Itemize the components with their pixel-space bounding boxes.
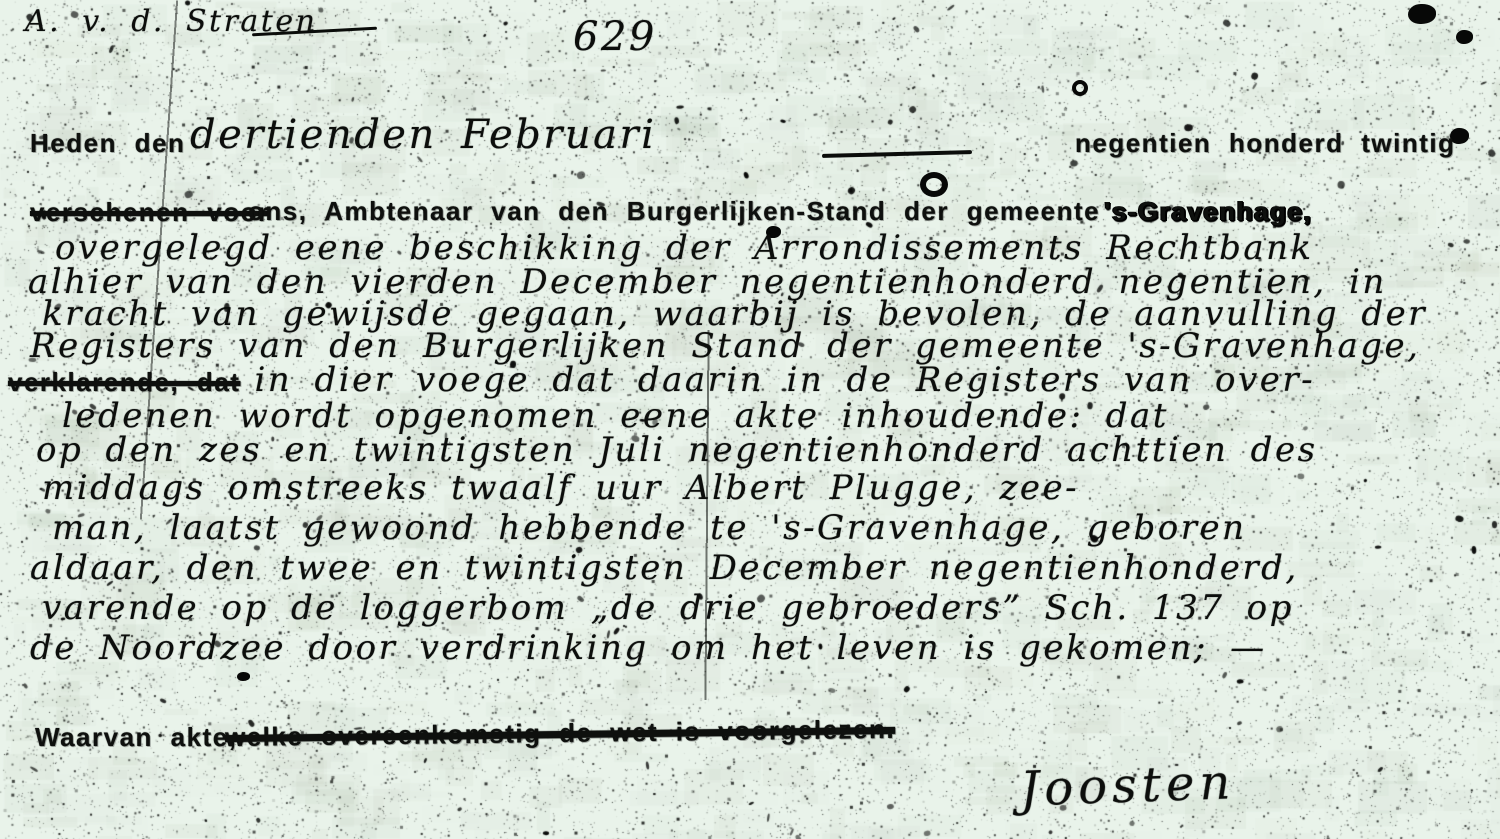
ink-ring-blot bbox=[920, 172, 948, 197]
body-line: de Noordzee door verdrinking om het leve… bbox=[30, 628, 1267, 668]
ink-blot bbox=[1408, 4, 1436, 24]
body-line: in dier voege dat daarin in de Registers… bbox=[254, 360, 1315, 400]
body-line: middags omstreeks twaalf uur Albert Plug… bbox=[42, 468, 1079, 508]
body-line: varende op de loggerbom „de drie gebroed… bbox=[42, 588, 1294, 628]
comparution-printed: ons, Ambtenaar van den Burgerlijken-Stan… bbox=[248, 196, 1100, 226]
ink-blot bbox=[237, 672, 250, 681]
body-line: man, laatst gewoond hebbende te 's-Grave… bbox=[52, 508, 1247, 548]
closing-printed: Waarvan akte, bbox=[35, 722, 237, 753]
margin-annotation: A. v. d. Straten bbox=[25, 4, 317, 39]
opening-printed-prefix: Heden den bbox=[30, 128, 185, 159]
struck-verklarende-dat: verklarende, dat bbox=[8, 367, 240, 397]
handwritten-date: dertienden Februari bbox=[190, 112, 656, 158]
act-number: 629 bbox=[573, 14, 657, 60]
ink-blot bbox=[1456, 30, 1473, 44]
opening-printed-year: negentien honderd twintig bbox=[1075, 128, 1455, 159]
body-line: aldaar, den twee en twintigsten December… bbox=[30, 548, 1299, 588]
body-line: op den zes en twintigsten Juli negentien… bbox=[36, 430, 1318, 470]
ink-ring-blot bbox=[1072, 80, 1088, 96]
registrar-signature: Joosten bbox=[1019, 754, 1236, 817]
municipality-name: 's-Gravenhage, bbox=[1104, 196, 1312, 226]
struck-closing-clause: welke overeenkomstig de wet is voorgelez… bbox=[225, 714, 895, 753]
struck-verschenen-voor: verschenen voor bbox=[30, 197, 270, 228]
death-certificate-scan: A. v. d. Straten 629 Heden den dertiende… bbox=[0, 0, 1500, 839]
filler-dash bbox=[822, 150, 972, 158]
